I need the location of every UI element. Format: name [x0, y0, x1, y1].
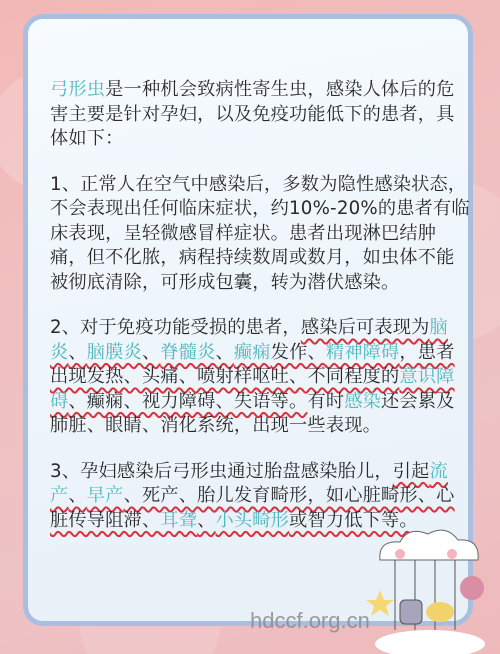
- watermark: hdccf.org.cn: [250, 608, 370, 634]
- text: 、: [68, 485, 86, 506]
- highlight-term: 脊髓炎: [160, 342, 215, 363]
- highlight-term: 感染: [344, 391, 381, 412]
- highlight-term: 弓形虫: [50, 79, 105, 100]
- highlight-term: 早产: [87, 485, 124, 506]
- highlight-term: 癫痫: [234, 342, 271, 363]
- highlight-term: 小头畸形: [216, 510, 290, 531]
- text: 有时: [307, 391, 344, 412]
- point-3-lead: 3、孕妇感染后弓形虫通过胎盘感染胎儿，: [50, 461, 393, 482]
- text: 、: [216, 342, 234, 363]
- text: 、: [197, 510, 215, 531]
- highlight-term: 耳聋: [160, 510, 197, 531]
- text: 感染后可表现为: [301, 317, 430, 338]
- point-2-paragraph: 2、对于免疫功能受损的患者，感染后可表现为脑炎、脑膜炎、脊髓炎、癫痫发作、精神障…: [50, 316, 470, 439]
- text: 引起: [393, 461, 430, 482]
- text: 发作、: [271, 342, 326, 363]
- text: 、: [68, 342, 86, 363]
- intro-text: 是一种机会致病性寄生虫，感染人体后的危害主要是针对孕妇，以及免疫功能低下的患者，…: [50, 79, 455, 149]
- cloud-mobile-icon: [360, 520, 500, 654]
- highlight-term: 脑膜炎: [87, 342, 142, 363]
- article-body: 弓形虫是一种机会致病性寄生虫，感染人体后的危害主要是针对孕妇，以及免疫功能低下的…: [50, 78, 470, 554]
- text: 、癫痫、视力障碍、失语等。: [68, 391, 307, 412]
- point-1-paragraph: 1、正常人在空气中感染后，多数为隐性感染状态，不会表现出任何临床症状，约10%-…: [50, 173, 470, 296]
- highlight-term: 精神障碍: [326, 342, 400, 363]
- point-1-text: 1、正常人在空气中感染后，多数为隐性感染状态，不会表现出任何临床症状，约10%-…: [50, 174, 470, 293]
- point-2-lead: 2、对于免疫功能受损的患者，: [50, 317, 301, 338]
- intro-paragraph: 弓形虫是一种机会致病性寄生虫，感染人体后的危害主要是针对孕妇，以及免疫功能低下的…: [50, 78, 470, 152]
- text: 、: [142, 342, 160, 363]
